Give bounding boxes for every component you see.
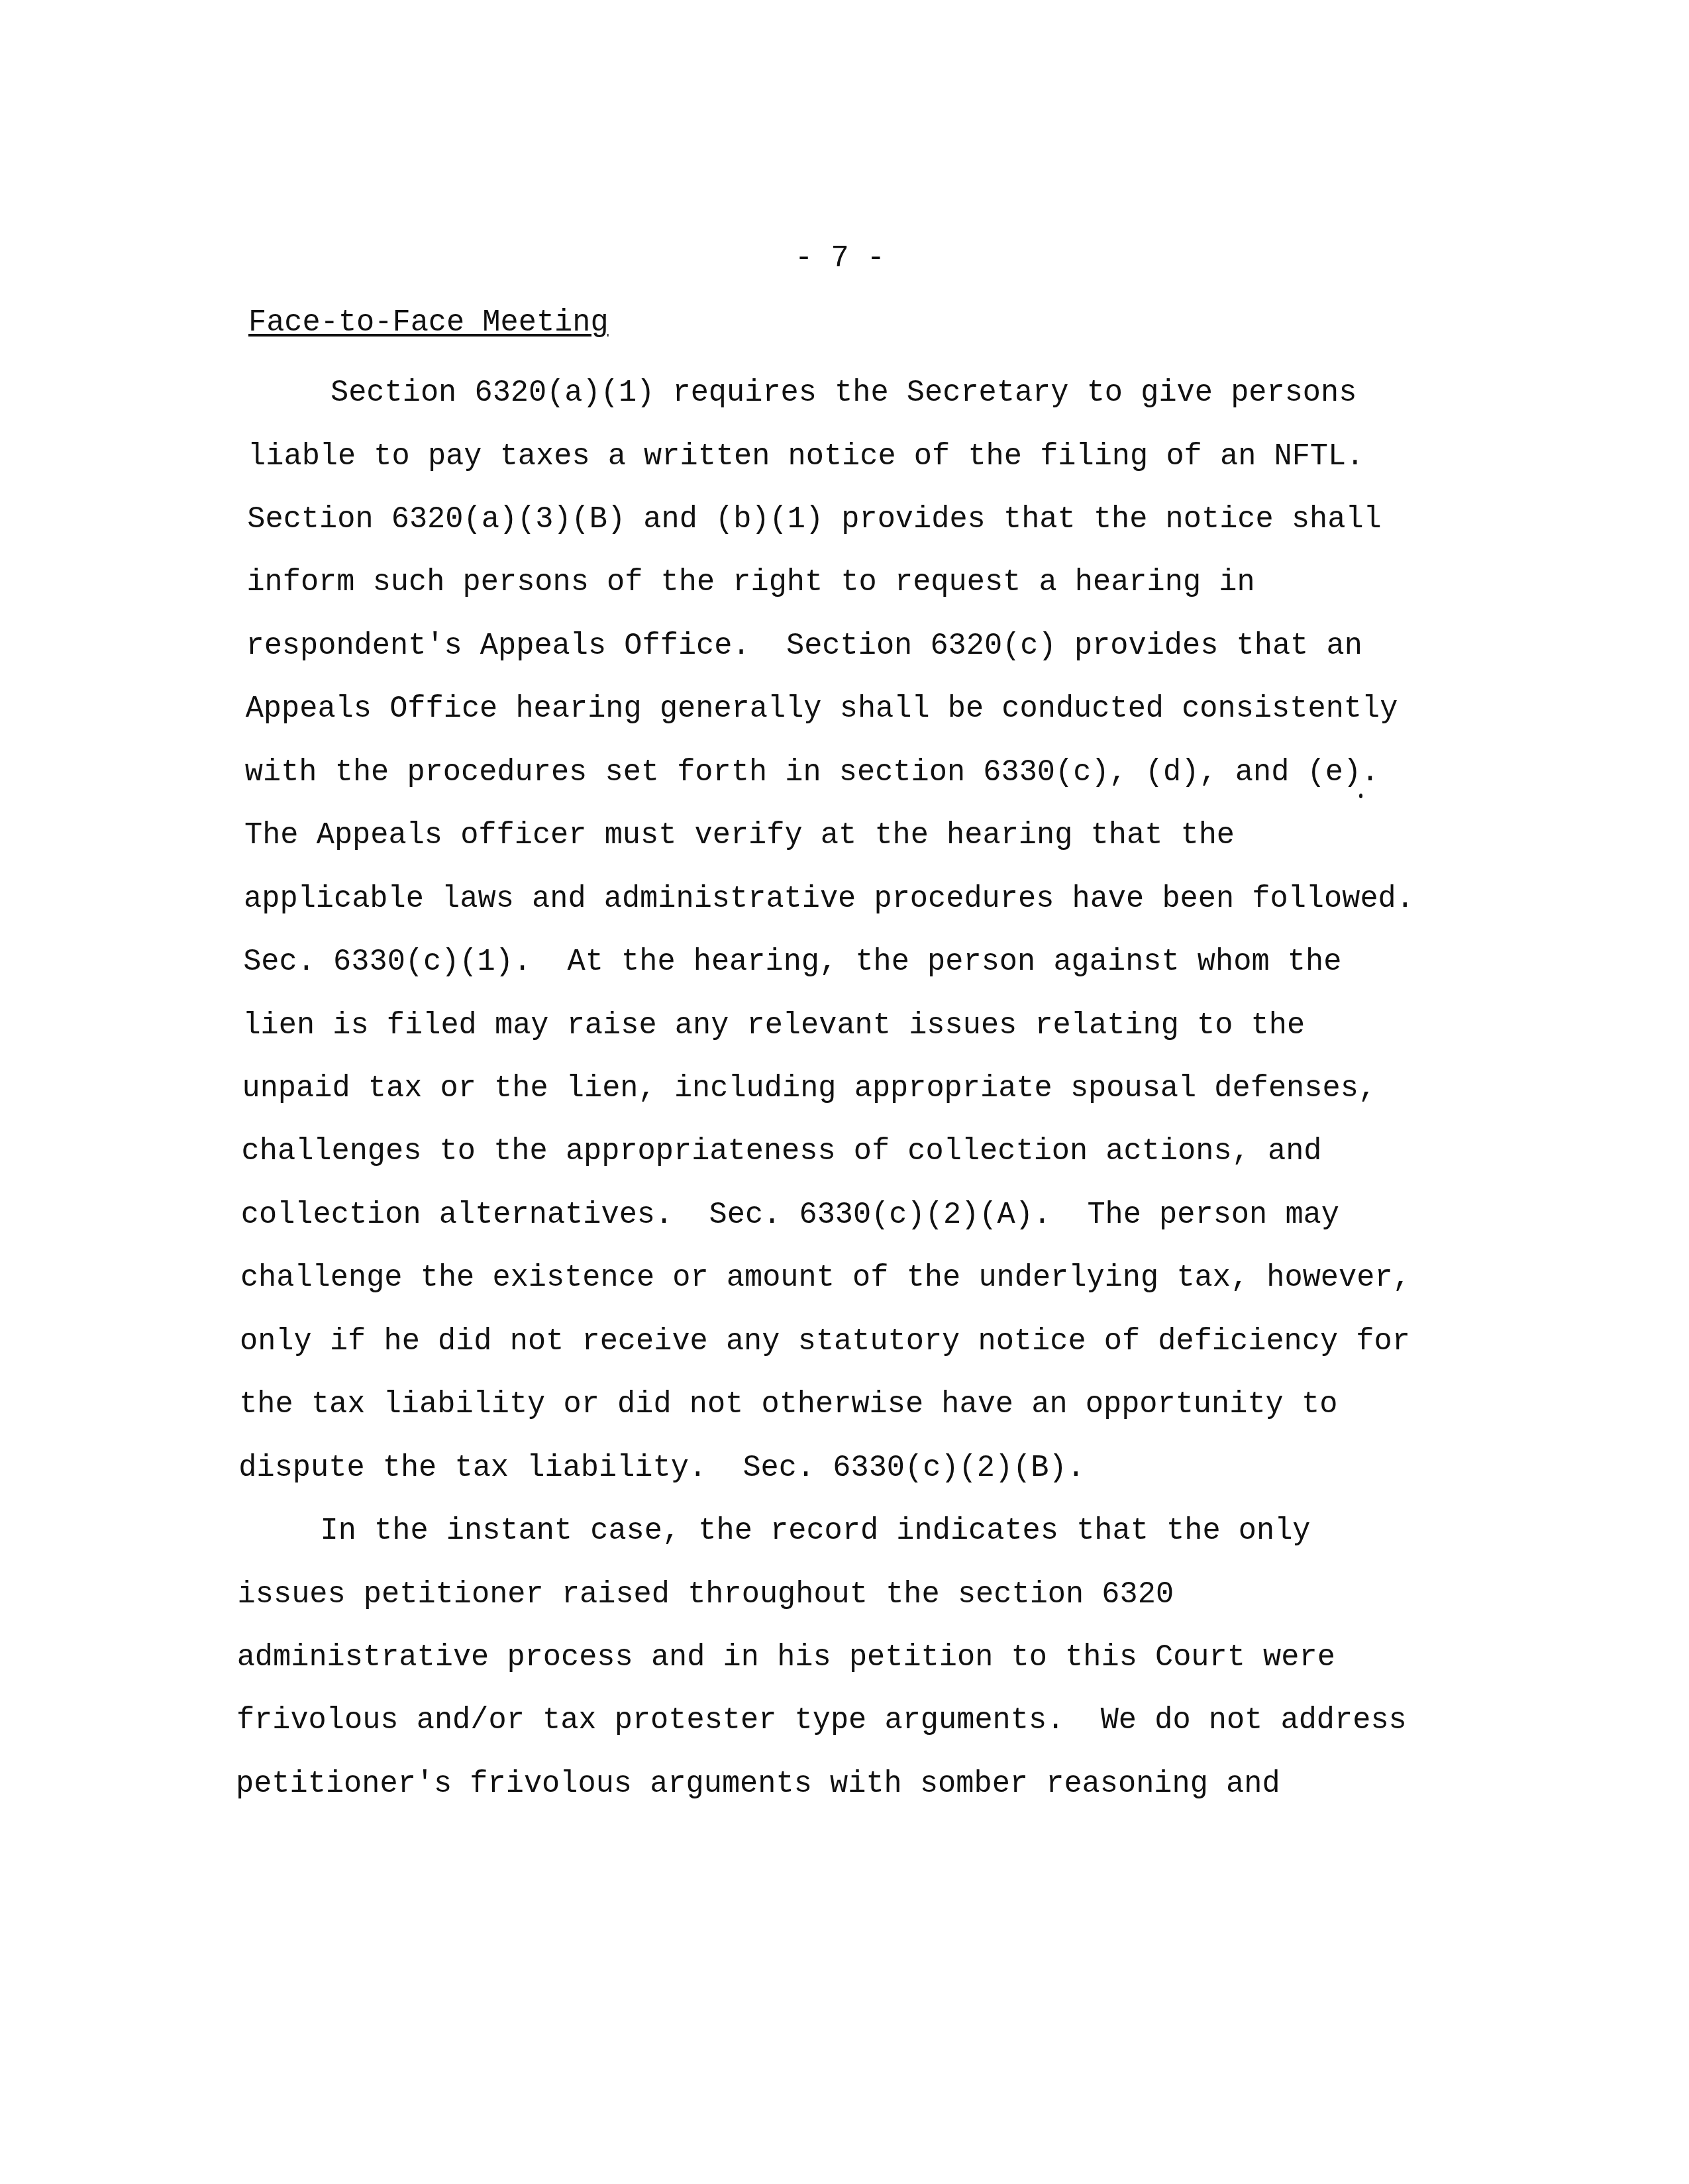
text-line: Sec. 6330(c)(1). At the hearing, the per… xyxy=(243,945,1341,978)
text-line: inform such persons of the right to requ… xyxy=(246,566,1254,599)
text-line: only if he did not receive any statutory… xyxy=(240,1325,1410,1358)
text-line: dispute the tax liability. Sec. 6330(c)(… xyxy=(238,1451,1085,1484)
text-line: administrative process and in his petiti… xyxy=(237,1641,1335,1674)
text-line: issues petitioner raised throughout the … xyxy=(238,1578,1174,1611)
text-line: Section 6320(a)(1) requires the Secretar… xyxy=(331,376,1356,409)
text-line: challenge the existence or amount of the… xyxy=(240,1261,1411,1294)
section-heading: Face-to-Face Meeting xyxy=(248,306,609,339)
text-line: collection alternatives. Sec. 6330(c)(2)… xyxy=(241,1198,1339,1231)
text-line: respondent's Appeals Office. Section 632… xyxy=(246,629,1362,662)
text-line: Section 6320(a)(3)(B) and (b)(1) provide… xyxy=(247,503,1382,536)
text-line: challenges to the appropriateness of col… xyxy=(242,1135,1322,1168)
text-line: The Appeals officer must verify at the h… xyxy=(244,819,1235,852)
text-line: lien is filed may raise any relevant iss… xyxy=(242,1009,1305,1042)
text-line: petitioner's frivolous arguments with so… xyxy=(236,1767,1280,1800)
body-text: Face-to-Face Meeting Section 6320(a)(1) … xyxy=(0,0,1689,2184)
text-line: Appeals Office hearing generally shall b… xyxy=(246,692,1398,725)
scan-speck xyxy=(1359,794,1362,798)
text-line: applicable laws and administrative proce… xyxy=(244,882,1414,915)
text-line: liable to pay taxes a written notice of … xyxy=(248,440,1364,473)
text-line: the tax liability or did not otherwise h… xyxy=(239,1388,1337,1421)
text-line: unpaid tax or the lien, including approp… xyxy=(242,1072,1377,1105)
document-page: - 7 - Face-to-Face Meeting Section 6320(… xyxy=(0,0,1689,2184)
text-line: with the procedures set forth in section… xyxy=(245,756,1380,789)
text-line: In the instant case, the record indicate… xyxy=(321,1514,1311,1547)
text-line: frivolous and/or tax protester type argu… xyxy=(236,1704,1407,1737)
